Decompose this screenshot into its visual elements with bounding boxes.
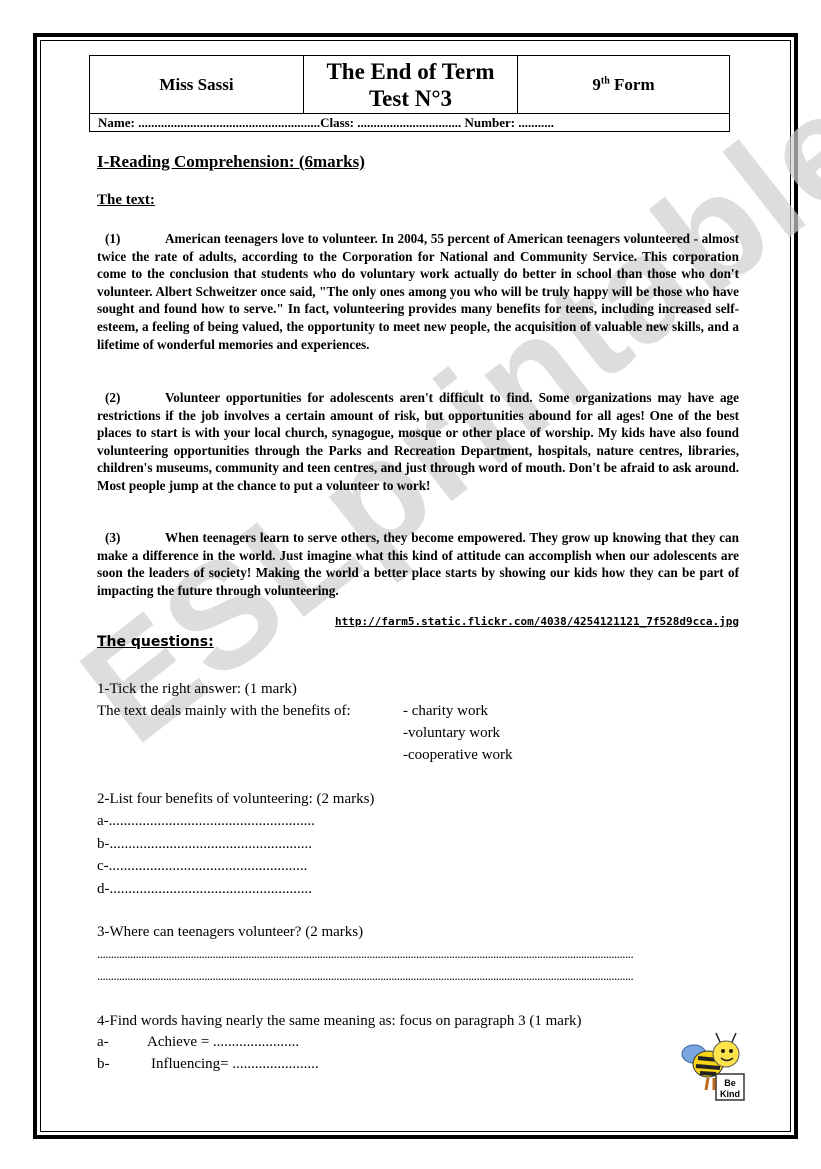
option-charity-work[interactable]: - charity work [403, 700, 513, 722]
question-4-title: 4-Find words having nearly the same mean… [97, 1010, 581, 1032]
form-level: 9th Form [518, 56, 730, 114]
svg-text:Be: Be [724, 1078, 736, 1088]
item-label: b- [97, 1053, 147, 1075]
question-2-answer-lines: a-......................................… [97, 810, 315, 900]
synonym-item-b[interactable]: b-Influencing= ....................... [97, 1053, 319, 1075]
paragraph-2: (2)Volunteer opportunities for adolescen… [97, 389, 739, 495]
question-1-options: - charity work -voluntary work -cooperat… [403, 700, 513, 766]
question-1-title: 1-Tick the right answer: (1 mark) [97, 678, 297, 700]
paragraph-3: (3)When teenagers learn to serve others,… [97, 529, 739, 599]
paragraph-number: (1) [97, 230, 165, 248]
item-label: a- [97, 1031, 147, 1053]
paragraph-number: (2) [97, 389, 165, 407]
questions-heading: The questions: [97, 634, 214, 650]
section-title: I-Reading Comprehension: (6marks) [97, 152, 365, 172]
paragraph-text: When teenagers learn to serve others, th… [97, 530, 739, 598]
test-title-line1: The End of Term [326, 59, 494, 84]
question-2-title: 2-List four benefits of volunteering: (2… [97, 788, 374, 810]
item-word: Influencing= ....................... [147, 1056, 319, 1072]
paragraph-text: American teenagers love to volunteer. In… [97, 231, 739, 352]
paragraph-1: (1)American teenagers love to volunteer.… [97, 230, 739, 353]
item-word: Achieve = ....................... [147, 1034, 299, 1050]
svg-text:Kind: Kind [720, 1089, 740, 1099]
test-title-line2: Test N°3 [369, 86, 452, 111]
answer-line-a[interactable]: a-......................................… [97, 810, 315, 833]
header-table: Miss Sassi The End of Term Test N°3 9th … [89, 55, 730, 132]
form-number: 9 [592, 75, 601, 94]
student-info-line[interactable]: Name: ..................................… [90, 114, 730, 132]
teacher-name: Miss Sassi [90, 56, 304, 114]
question-3-answer-lines: ........................................… [97, 943, 737, 987]
answer-line-c[interactable]: c-......................................… [97, 855, 315, 878]
option-voluntary-work[interactable]: -voluntary work [403, 722, 513, 744]
answer-line-b[interactable]: b-......................................… [97, 833, 315, 856]
source-link[interactable]: http://farm5.static.flickr.com/4038/4254… [335, 615, 739, 628]
question-1-stem: The text deals mainly with the benefits … [97, 700, 351, 722]
form-suffix: th [601, 75, 610, 86]
test-title: The End of Term Test N°3 [304, 56, 518, 114]
text-label: The text: [97, 192, 155, 209]
worksheet: Miss Sassi The End of Term Test N°3 9th … [0, 0, 821, 1169]
paragraph-number: (3) [97, 529, 165, 547]
question-4-items: a-Achieve = ....................... b-In… [97, 1031, 319, 1075]
form-label: Form [614, 75, 655, 94]
option-cooperative-work[interactable]: -cooperative work [403, 744, 513, 766]
synonym-item-a[interactable]: a-Achieve = ....................... [97, 1031, 319, 1053]
answer-line-1[interactable]: ........................................… [97, 943, 737, 965]
answer-line-2[interactable]: ........................................… [97, 965, 737, 987]
paragraph-text: Volunteer opportunities for adolescents … [97, 390, 739, 493]
answer-line-d[interactable]: d-......................................… [97, 878, 315, 901]
question-3-title: 3-Where can teenagers volunteer? (2 mark… [97, 921, 363, 943]
bee-mascot-icon: Be Kind [678, 1030, 760, 1112]
